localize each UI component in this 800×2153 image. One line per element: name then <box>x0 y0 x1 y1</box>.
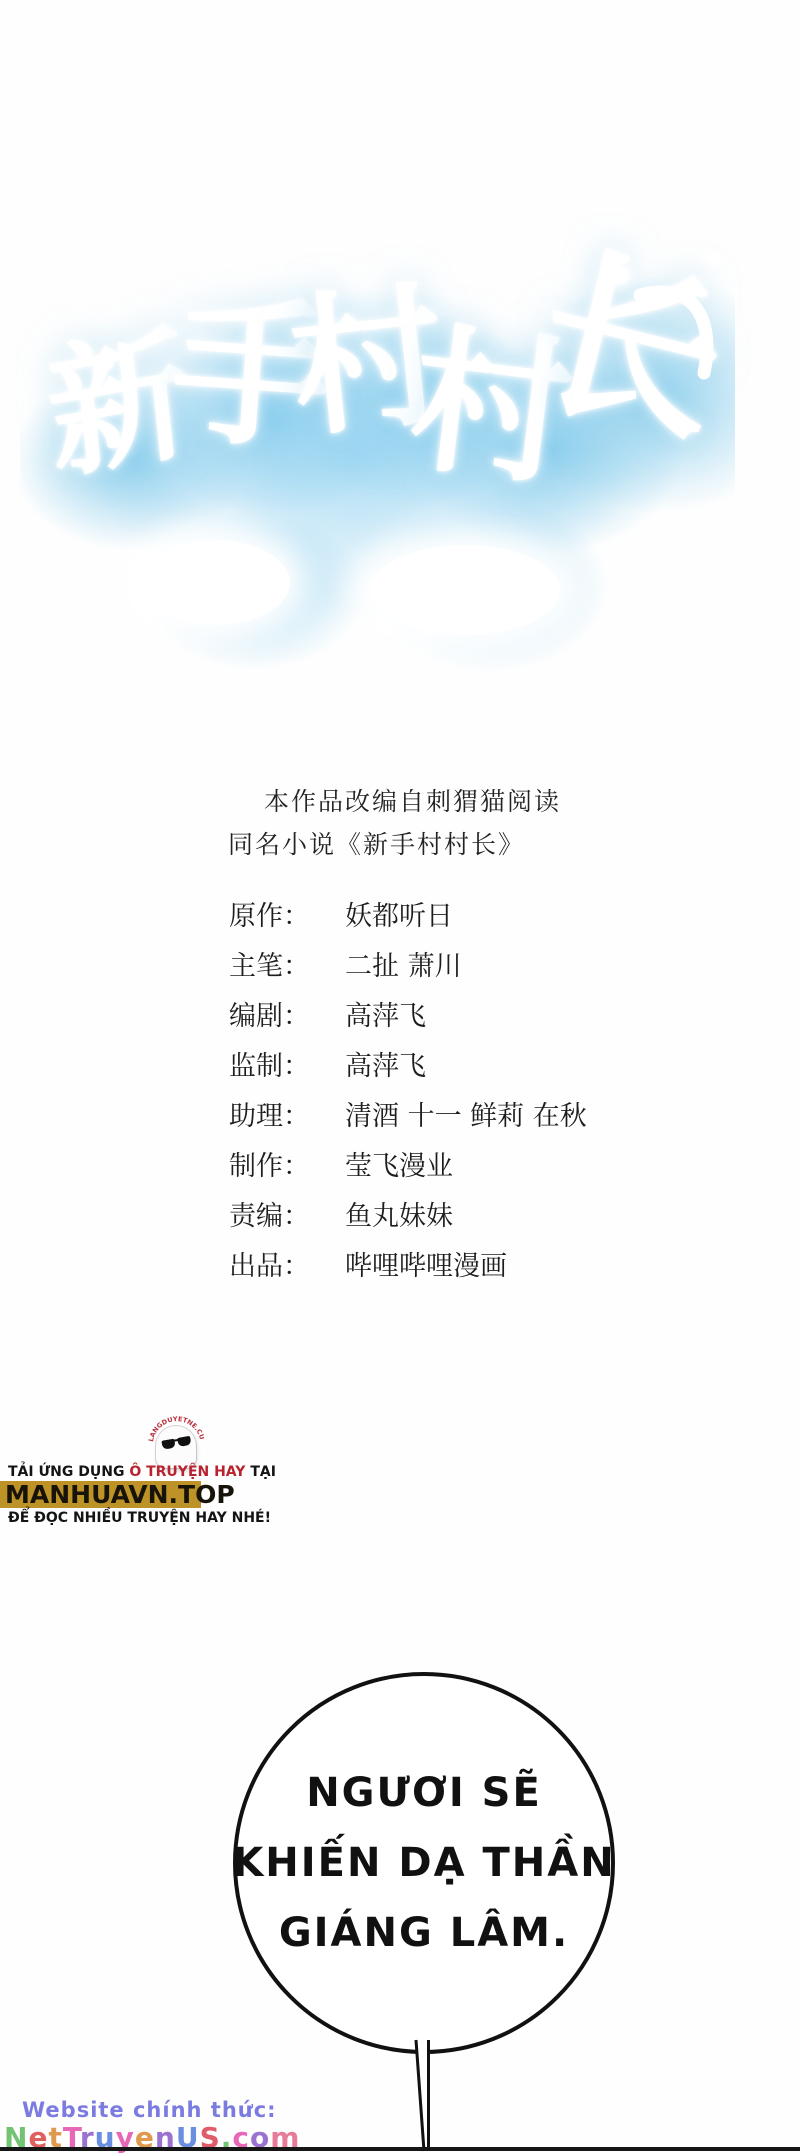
credit-label: 主笔： <box>229 944 345 983</box>
credit-label: 出品： <box>229 1244 345 1283</box>
credit-label: 编剧： <box>229 994 345 1033</box>
credit-row: 责编：鱼丸妹妹 <box>229 1188 587 1238</box>
credit-value: 二扯 萧川 <box>345 944 462 983</box>
promo-domain: MANHUAVN.TOP <box>0 1480 235 1509</box>
credit-label: 制作： <box>229 1144 345 1183</box>
adaptation-note-line1: 本作品改编自刺猬猫阅读 <box>264 782 561 818</box>
logo-swoosh <box>618 273 738 413</box>
credit-label: 监制： <box>229 1044 345 1083</box>
credits-list: 原作：妖都听日主笔：二扯 萧川编剧：高萍飞监制：高萍飞助理：清酒 十一 鲜莉 在… <box>229 888 587 1288</box>
credit-label: 原作： <box>229 894 345 933</box>
credit-value: 高萍飞 <box>345 1044 426 1083</box>
bubble-line: NGƯƠI SẼ <box>306 1773 542 1813</box>
promo-line1-part: Ô TRUYỆN HAY <box>129 1464 245 1480</box>
mascot-arc: LANGDUYETNE.CUOC <box>148 1412 204 1446</box>
credit-row: 原作：妖都听日 <box>229 888 587 938</box>
credit-label: 助理： <box>229 1094 345 1133</box>
splash-droplet <box>238 593 254 609</box>
credit-value: 清酒 十一 鲜莉 在秋 <box>345 1094 587 1133</box>
credit-value: 妖都听日 <box>345 894 453 933</box>
credit-value: 哔哩哔哩漫画 <box>345 1244 507 1283</box>
credit-value: 鱼丸妹妹 <box>345 1194 453 1233</box>
credit-row: 助理：清酒 十一 鲜莉 在秋 <box>229 1088 587 1138</box>
comic-page: 新手村村长 本作品改编自刺猬猫阅读 同名小说《新手村村长》 原作：妖都听日主笔：… <box>0 0 800 2153</box>
credit-row: 监制：高萍飞 <box>229 1038 587 1088</box>
mascot-arc-text: LANGDUYETNE.CUOC <box>148 1412 204 1442</box>
promo-line1-part: TẢI ỨNG DỤNG <box>8 1464 129 1480</box>
panel-divider <box>0 2147 800 2151</box>
credit-value: 高萍飞 <box>345 994 426 1033</box>
credit-value: 莹飞漫业 <box>345 1144 453 1183</box>
promo-line1-part: TẠI <box>245 1464 275 1480</box>
credit-row: 主笔：二扯 萧川 <box>229 938 587 988</box>
ghost-mascot: LANGDUYETNE.CUOC <box>148 1412 204 1470</box>
splash-droplet <box>708 253 718 263</box>
bubble-line: KHIẾN DẠ THẦN <box>232 1843 615 1883</box>
svg-text:LANGDUYETNE.CUOC: LANGDUYETNE.CUOC <box>148 1412 204 1442</box>
title-logo: 新手村村长 <box>20 245 735 675</box>
adaptation-note-line2: 同名小说《新手村村长》 <box>228 825 525 861</box>
credit-label: 责编： <box>229 1194 345 1233</box>
credit-row: 编剧：高萍飞 <box>229 988 587 1038</box>
credit-row: 出品：哔哩哔哩漫画 <box>229 1238 587 1288</box>
promo-line1: TẢI ỨNG DỤNG Ô TRUYỆN HAY TẠI <box>8 1464 276 1480</box>
speech-bubble: NGƯƠI SẼKHIẾN DẠ THẦNGIÁNG LÂM. <box>233 1672 615 2054</box>
promo-domain-bar: MANHUAVN.TOP <box>0 1481 201 1508</box>
site-label: Website chính thức: <box>22 2098 277 2122</box>
bubble-line: GIÁNG LÂM. <box>279 1913 569 1953</box>
bubble-tail <box>403 2036 447 2153</box>
credit-row: 制作：莹飞漫业 <box>229 1138 587 1188</box>
promo-tagline: ĐỂ ĐỌC NHIỀU TRUYỆN HAY NHÉ! <box>8 1510 271 1526</box>
